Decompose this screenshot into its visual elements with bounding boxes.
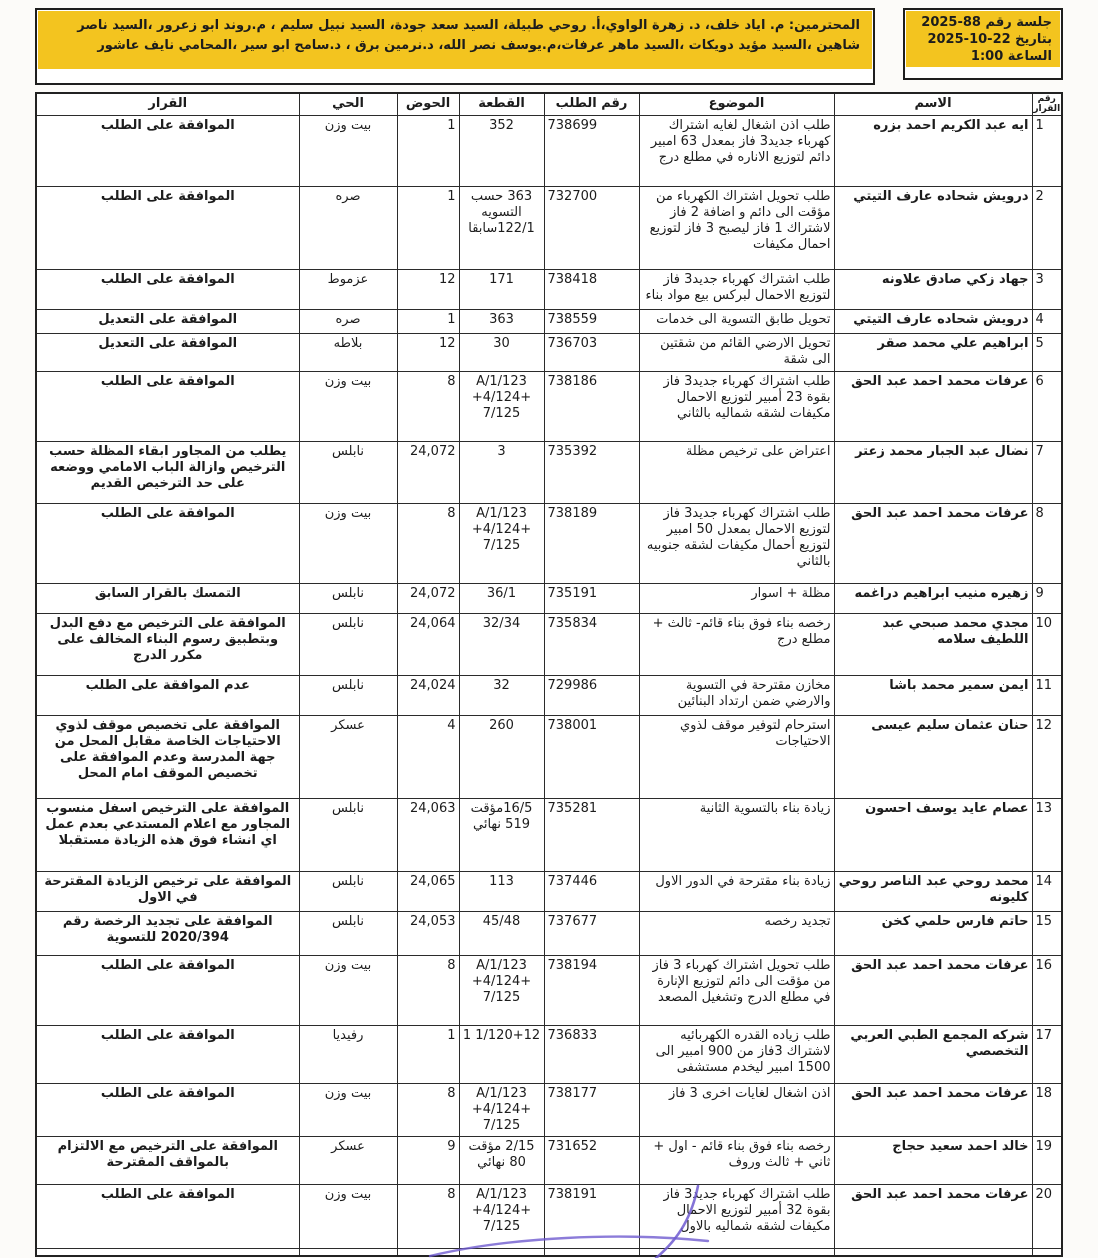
decision-number-cell: 12 [1032, 715, 1062, 798]
district-cell: بلاطه [299, 333, 397, 371]
table-row: 12 حنان عثمان سليم عيسى استرحام لتوفير م… [36, 715, 1062, 798]
parcel-cell: 32/34 [459, 613, 544, 675]
parcel-cell: 32 [459, 675, 544, 715]
decision-cell: الموافقة على تخصيص موقف لذوي الاحتياجات … [36, 715, 299, 798]
subject-cell: اذن اشغال لغايات اخرى 3 فاز [639, 1083, 834, 1136]
parcel-cell: 16/5مؤقت 519 نهائي [459, 798, 544, 871]
name-cell: عرفات محمد احمد عبد الحق [834, 503, 1032, 583]
block-cell: 24,063 [397, 798, 459, 871]
request-number-cell: 738194 [544, 955, 639, 1025]
table-row: 4 درويش شحاده عارف التيتي تحويل طابق الت… [36, 309, 1062, 333]
decision-number-cell: 17 [1032, 1025, 1062, 1083]
decision-cell: الموافقة على الترخيص مع الالتزام بالمواق… [36, 1136, 299, 1184]
decision-cell: الموافقة على التعديل [36, 309, 299, 333]
subject-cell: طلب اشتراك كهرباء جديد3 فاز بقوة 32 أمبي… [639, 1184, 834, 1248]
name-cell: زهيره منيب ابراهيم دراغمه [834, 583, 1032, 613]
decision-cell: الموافقة على الترخيص مع دفع البدل وبتطبي… [36, 613, 299, 675]
block-cell: 8 [397, 371, 459, 441]
name-cell: حاتم فارس حلمي كخن [834, 911, 1032, 955]
col-header-parcel: القطعة [459, 93, 544, 115]
block-cell: 12 [397, 333, 459, 371]
decision-number-cell: 18 [1032, 1083, 1062, 1136]
decision-number-cell: 14 [1032, 871, 1062, 911]
request-number-cell: 732700 [544, 186, 639, 269]
name-cell: ايه عبد الكريم احمد بزره [834, 115, 1032, 186]
decisions-table-header: رقم القرار الاسم الموضوع رقم الطلب القطع… [36, 93, 1062, 115]
name-cell: درويش شحاده عارف التيتي [834, 186, 1032, 269]
request-number-cell: 735281 [544, 798, 639, 871]
decision-cell: الموافقة على التعديل [36, 333, 299, 371]
subject-cell: مخازن مقترحة في التسوية والارضي ضمن ارتد… [639, 675, 834, 715]
subject-cell: طلب تحويل اشتراك كهرباء 3 فاز من مؤقت ال… [639, 955, 834, 1025]
subject-cell: زيادة بناء بالتسوية الثانية [639, 798, 834, 871]
subject-cell: رخصه بناء فوق بناء قائم- ثالث + مطلع درج [639, 613, 834, 675]
decision-cell: الموافقة على تجديد الرخصة رقم 2020/394 ل… [36, 911, 299, 955]
attendees-text: المحترمين: م. اياد خلف، د. زهرة الواوي،أ… [38, 11, 872, 69]
request-number-cell: 738001 [544, 715, 639, 798]
district-cell: بيت وزن [299, 1184, 397, 1248]
table-row: 9 زهيره منيب ابراهيم دراغمه مظلة + اسوار… [36, 583, 1062, 613]
request-number-cell: 737446 [544, 871, 639, 911]
block-cell: 8 [397, 503, 459, 583]
subject-cell: تحويل طابق التسوية الى خدمات [639, 309, 834, 333]
col-header-decision: القرار [36, 93, 299, 115]
request-number-cell: 737677 [544, 911, 639, 955]
header-row: رقم القرار الاسم الموضوع رقم الطلب القطع… [36, 93, 1062, 115]
decision-cell: الموافقة على الطلب [36, 371, 299, 441]
table-row: 1 ايه عبد الكريم احمد بزره طلب اذن اشغال… [36, 115, 1062, 186]
table-row: 15 حاتم فارس حلمي كخن تجديد رخصه 737677 … [36, 911, 1062, 955]
decision-number-cell: 7 [1032, 441, 1062, 503]
decision-cell: الموافقة على الطلب [36, 955, 299, 1025]
decision-cell: يطلب من المجاور ابقاء المظلة حسب الترخيص… [36, 441, 299, 503]
block-cell: 1 [397, 186, 459, 269]
decision-number-cell: 8 [1032, 503, 1062, 583]
subject-cell: طلب اذن اشغال لغايه اشتراك كهرباء جديد3 … [639, 115, 834, 186]
block-cell: 24,072 [397, 441, 459, 503]
subject-cell: زيادة بناء مقترحة في الدور الاول [639, 871, 834, 911]
parcel-cell: A/1/123 +4/124+ 7/125 [459, 503, 544, 583]
table-row: 8 عرفات محمد احمد عبد الحق طلب اشتراك كه… [36, 503, 1062, 583]
district-cell: بيت وزن [299, 115, 397, 186]
parcel-cell: 36/1 [459, 583, 544, 613]
decision-number-cell: 2 [1032, 186, 1062, 269]
block-cell: 1 [397, 309, 459, 333]
block-cell: 24,065 [397, 871, 459, 911]
district-cell: صره [299, 309, 397, 333]
table-row: 11 ايمن سمير محمد باشا مخازن مقترحة في ا… [36, 675, 1062, 715]
request-number-cell: 738191 [544, 1184, 639, 1248]
decision-number-cell: 13 [1032, 798, 1062, 871]
decision-number-cell: 4 [1032, 309, 1062, 333]
district-cell: عسكر [299, 1136, 397, 1184]
request-number-cell: 735392 [544, 441, 639, 503]
subject-cell: استرحام لتوفير موقف لذوي الاحتياجات [639, 715, 834, 798]
decision-cell: الموافقة على الترخيص اسفل منسوب المجاور … [36, 798, 299, 871]
name-cell: نضال عبد الجبار محمد زعتر [834, 441, 1032, 503]
decisions-table: رقم القرار الاسم الموضوع رقم الطلب القطع… [35, 92, 1063, 1257]
subject-cell: تحويل الارضي القائم من شقتين الى شقة [639, 333, 834, 371]
district-cell: بيت وزن [299, 1083, 397, 1136]
parcel-cell: 1/120+12 1 [459, 1025, 544, 1083]
name-cell: جهاد زكي صادق علاونه [834, 269, 1032, 309]
table-row: 19 خالد احمد سعيد حجاج رخصه بناء فوق بنا… [36, 1136, 1062, 1184]
session-info-box: جلسة رقم 88-2025 بتاريخ 22-10-2025 الساع… [903, 8, 1063, 80]
block-cell: 9 [397, 1136, 459, 1184]
request-number-cell: 738186 [544, 371, 639, 441]
table-row: 6 عرفات محمد احمد عبد الحق طلب اشتراك كه… [36, 371, 1062, 441]
district-cell: نابلس [299, 441, 397, 503]
district-cell: نابلس [299, 911, 397, 955]
district-cell: بيت وزن [299, 955, 397, 1025]
block-cell: 1 [397, 1025, 459, 1083]
table-row: 13 عصام عايد يوسف احسون زيادة بناء بالتس… [36, 798, 1062, 871]
table-row: 18 عرفات محمد احمد عبد الحق اذن اشغال لغ… [36, 1083, 1062, 1136]
subject-cell: رخصه بناء فوق بناء قائم - اول + ثاني + ث… [639, 1136, 834, 1184]
name-cell: ايمن سمير محمد باشا [834, 675, 1032, 715]
decision-cell: الموافقة على ترخيص الزيادة المقترحة في ا… [36, 871, 299, 911]
parcel-cell: 113 [459, 871, 544, 911]
decision-number-cell: 9 [1032, 583, 1062, 613]
subject-cell: اعتراض على ترخيص مظلة [639, 441, 834, 503]
table-row: 10 مجدي محمد صبحي عبد اللطيف سلامه رخصه … [36, 613, 1062, 675]
parcel-cell: 260 [459, 715, 544, 798]
subject-cell: طلب اشتراك كهرباء جديد3 فاز بقوة 23 أمبي… [639, 371, 834, 441]
name-cell: عرفات محمد احمد عبد الحق [834, 955, 1032, 1025]
district-cell: رفيديا [299, 1025, 397, 1083]
district-cell: نابلس [299, 675, 397, 715]
name-cell: عصام عايد يوسف احسون [834, 798, 1032, 871]
parcel-cell: 30 [459, 333, 544, 371]
block-cell: 24,064 [397, 613, 459, 675]
block-cell: 8 [397, 1184, 459, 1248]
session-date: بتاريخ 22-10-2025 [910, 31, 1052, 48]
request-number-cell: 729986 [544, 675, 639, 715]
parcel-cell: A/1/123 +4/124+ 7/125 [459, 955, 544, 1025]
decision-cell: عدم الموافقة على الطلب [36, 675, 299, 715]
decision-cell: الموافقة على الطلب [36, 503, 299, 583]
name-cell: شركه المجمع الطبي العربي التخصصي [834, 1025, 1032, 1083]
decision-number-cell: 11 [1032, 675, 1062, 715]
decision-cell: الموافقة على الطلب [36, 186, 299, 269]
table-row: 20 عرفات محمد احمد عبد الحق طلب اشتراك ك… [36, 1184, 1062, 1248]
block-cell: 24,072 [397, 583, 459, 613]
decision-number-cell: 15 [1032, 911, 1062, 955]
parcel-cell: A/1/123 +4/124+ 7/125 [459, 1184, 544, 1248]
parcel-cell: 363 [459, 309, 544, 333]
subject-cell: طلب زياده القدره الكهربائيه لاشتراك 3فاز… [639, 1025, 834, 1083]
district-cell: نابلس [299, 613, 397, 675]
table-row: 5 ابراهيم علي محمد صقر تحويل الارضي القا… [36, 333, 1062, 371]
name-cell: حنان عثمان سليم عيسى [834, 715, 1032, 798]
decision-number-cell: 1 [1032, 115, 1062, 186]
table-row: 2 درويش شحاده عارف التيتي طلب تحويل اشتر… [36, 186, 1062, 269]
decision-number-cell: 5 [1032, 333, 1062, 371]
decisions-table-body: 1 ايه عبد الكريم احمد بزره طلب اذن اشغال… [36, 115, 1062, 1248]
district-cell: بيت وزن [299, 503, 397, 583]
request-number-cell: 738418 [544, 269, 639, 309]
request-number-cell: 736833 [544, 1025, 639, 1083]
decision-number-cell: 20 [1032, 1184, 1062, 1248]
request-number-cell: 735834 [544, 613, 639, 675]
block-cell: 12 [397, 269, 459, 309]
col-header-decision-number: رقم القرار [1032, 93, 1062, 115]
district-cell: صره [299, 186, 397, 269]
request-number-cell: 735191 [544, 583, 639, 613]
partial-bottom-row [36, 1248, 1062, 1256]
col-header-name: الاسم [834, 93, 1032, 115]
decision-number-cell: 6 [1032, 371, 1062, 441]
request-number-cell: 738559 [544, 309, 639, 333]
document-header: جلسة رقم 88-2025 بتاريخ 22-10-2025 الساع… [0, 0, 1098, 85]
district-cell: عزموط [299, 269, 397, 309]
request-number-cell: 738699 [544, 115, 639, 186]
request-number-cell: 731652 [544, 1136, 639, 1184]
district-cell: نابلس [299, 871, 397, 911]
block-cell: 4 [397, 715, 459, 798]
decision-number-cell: 16 [1032, 955, 1062, 1025]
decision-number-cell: 3 [1032, 269, 1062, 309]
session-number: جلسة رقم 88-2025 [910, 14, 1052, 31]
session-time: الساعة 1:00 [910, 48, 1052, 65]
block-cell: 24,024 [397, 675, 459, 715]
subject-cell: طلب اشتراك كهرباء جديد3 فاز لتوزيع الاحم… [639, 503, 834, 583]
col-header-block: الحوض [397, 93, 459, 115]
district-cell: عسكر [299, 715, 397, 798]
decision-cell: الموافقة على الطلب [36, 1083, 299, 1136]
parcel-cell: A/1/123 +4/124+ 7/125 [459, 1083, 544, 1136]
name-cell: عرفات محمد احمد عبد الحق [834, 371, 1032, 441]
table-row: 3 جهاد زكي صادق علاونه طلب اشتراك كهرباء… [36, 269, 1062, 309]
decision-cell: التمسك بالقرار السابق [36, 583, 299, 613]
parcel-cell: 45/48 [459, 911, 544, 955]
parcel-cell: 3 [459, 441, 544, 503]
request-number-cell: 738177 [544, 1083, 639, 1136]
col-header-request-number: رقم الطلب [544, 93, 639, 115]
name-cell: مجدي محمد صبحي عبد اللطيف سلامه [834, 613, 1032, 675]
parcel-cell: 363 حسب التسويه 122/1سابقا [459, 186, 544, 269]
col-header-district: الحي [299, 93, 397, 115]
subject-cell: طلب اشتراك كهرباء جديد3 فاز لتوزيع الاحم… [639, 269, 834, 309]
name-cell: محمد روحي عبد الناصر روحي كليونه [834, 871, 1032, 911]
scanned-minutes-page: جلسة رقم 88-2025 بتاريخ 22-10-2025 الساع… [0, 0, 1098, 1258]
decision-cell: الموافقة على الطلب [36, 1025, 299, 1083]
parcel-cell: A/1/123 +4/124+ 7/125 [459, 371, 544, 441]
parcel-cell: 2/15 مؤقت 80 نهائي [459, 1136, 544, 1184]
district-cell: نابلس [299, 798, 397, 871]
table-row: 14 محمد روحي عبد الناصر روحي كليونه زياد… [36, 871, 1062, 911]
block-cell: 1 [397, 115, 459, 186]
name-cell: عرفات محمد احمد عبد الحق [834, 1184, 1032, 1248]
subject-cell: تجديد رخصه [639, 911, 834, 955]
name-cell: خالد احمد سعيد حجاج [834, 1136, 1032, 1184]
district-cell: نابلس [299, 583, 397, 613]
subject-cell: طلب تحويل اشتراك الكهرباء من مؤقت الى دا… [639, 186, 834, 269]
table-row: 7 نضال عبد الجبار محمد زعتر اعتراض على ت… [36, 441, 1062, 503]
table-row: 17 شركه المجمع الطبي العربي التخصصي طلب … [36, 1025, 1062, 1083]
decision-cell: الموافقة على الطلب [36, 115, 299, 186]
block-cell: 8 [397, 1083, 459, 1136]
decision-cell: الموافقة على الطلب [36, 269, 299, 309]
table-row: 16 عرفات محمد احمد عبد الحق طلب تحويل اش… [36, 955, 1062, 1025]
decision-number-cell: 19 [1032, 1136, 1062, 1184]
name-cell: ابراهيم علي محمد صقر [834, 333, 1032, 371]
subject-cell: مظلة + اسوار [639, 583, 834, 613]
request-number-cell: 738189 [544, 503, 639, 583]
parcel-cell: 352 [459, 115, 544, 186]
session-info-text: جلسة رقم 88-2025 بتاريخ 22-10-2025 الساع… [906, 11, 1060, 67]
district-cell: بيت وزن [299, 371, 397, 441]
attendees-box: المحترمين: م. اياد خلف، د. زهرة الواوي،أ… [35, 8, 875, 85]
decision-number-cell: 10 [1032, 613, 1062, 675]
request-number-cell: 736703 [544, 333, 639, 371]
name-cell: عرفات محمد احمد عبد الحق [834, 1083, 1032, 1136]
parcel-cell: 171 [459, 269, 544, 309]
block-cell: 8 [397, 955, 459, 1025]
block-cell: 24,053 [397, 911, 459, 955]
name-cell: درويش شحاده عارف التيتي [834, 309, 1032, 333]
decision-cell: الموافقة على الطلب [36, 1184, 299, 1248]
col-header-subject: الموضوع [639, 93, 834, 115]
